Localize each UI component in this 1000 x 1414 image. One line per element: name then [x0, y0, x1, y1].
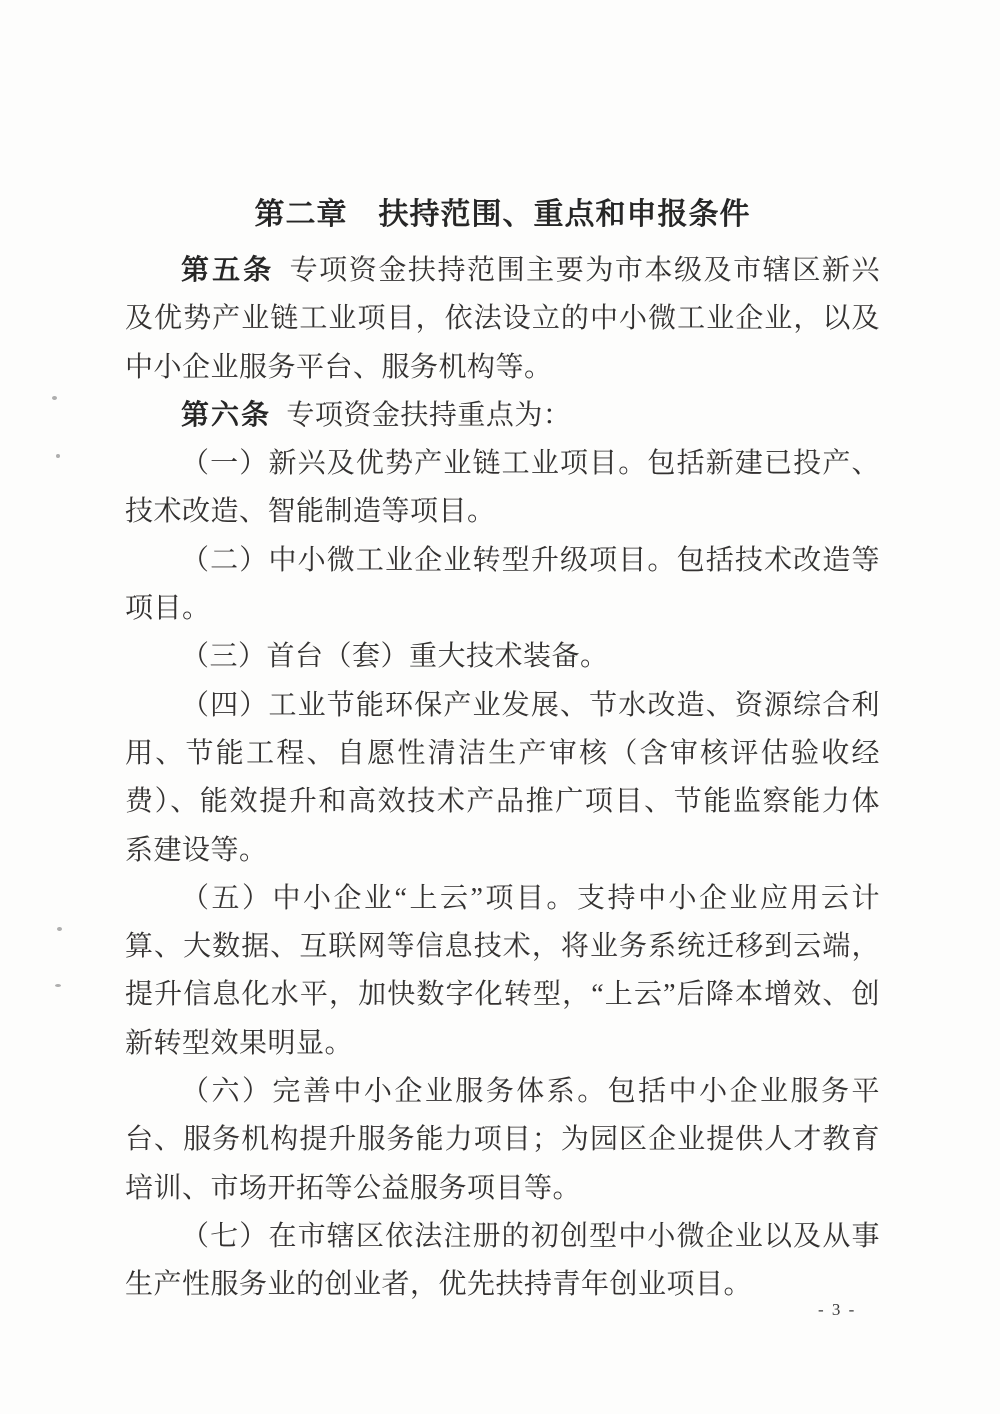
article-5-label: 第五条	[181, 255, 274, 286]
paragraph-item-6: （六）完善中小企业服务体系。包括中小企业服务平台、服务机构提升服务能力项目；为园…	[125, 1068, 880, 1213]
paragraph-article-6: 第六条专项资金扶持重点为：	[125, 392, 880, 440]
paragraph-article-5: 第五条专项资金扶持范围主要为市本级及市辖区新兴及优势产业链工业项目，依法设立的中…	[125, 247, 880, 392]
page-number: - 3 -	[818, 1300, 898, 1320]
document-page: 第二章 扶持范围、重点和申报条件 第五条专项资金扶持范围主要为市本级及市辖区新兴…	[0, 0, 1000, 1414]
paragraph-item-7: （七）在市辖区依法注册的初创型中小微企业以及从事生产性服务业的创业者，优先扶持青…	[125, 1213, 880, 1310]
paragraph-item-2: （二）中小微工业企业转型升级项目。包括技术改造等项目。	[125, 537, 880, 634]
paragraph-item-1: （一）新兴及优势产业链工业项目。包括新建已投产、技术改造、智能制造等项目。	[125, 440, 880, 537]
article-6-label: 第六条	[181, 400, 271, 431]
paragraph-item-5: （五）中小企业“上云”项目。支持中小企业应用云计算、大数据、互联网等信息技术，将…	[125, 875, 880, 1068]
paragraph-item-4: （四）工业节能环保产业发展、节水改造、资源综合利用、节能工程、自愿性清洁生产审核…	[125, 682, 880, 875]
chapter-title: 第二章 扶持范围、重点和申报条件	[125, 190, 880, 240]
scan-speck	[55, 984, 61, 987]
article-6-text: 专项资金扶持重点为：	[286, 400, 571, 431]
scan-speck	[52, 396, 57, 400]
scan-speck	[56, 454, 60, 458]
scan-speck	[57, 927, 62, 931]
paragraph-item-3: （三）首台（套）重大技术装备。	[125, 633, 880, 681]
document-content: 第二章 扶持范围、重点和申报条件 第五条专项资金扶持范围主要为市本级及市辖区新兴…	[125, 190, 880, 1310]
